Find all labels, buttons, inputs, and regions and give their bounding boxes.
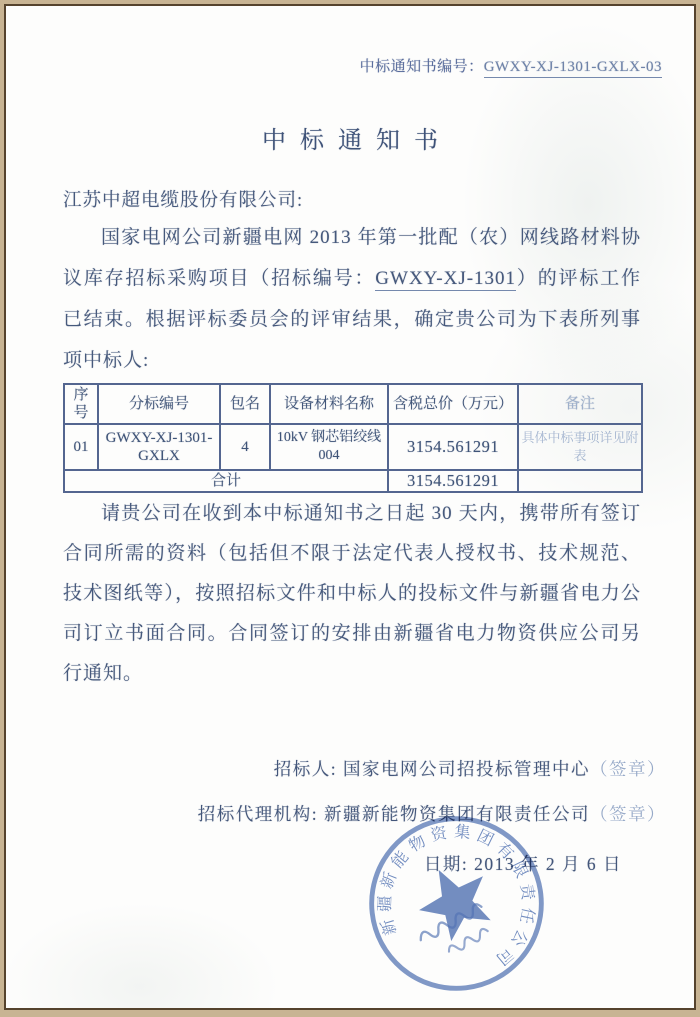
col-price: 含税总价（万元） [388, 384, 518, 424]
seal-company-text: 新疆新能物资集团有限责任公司 [359, 806, 554, 1001]
cell-package: 4 [220, 424, 270, 470]
addressee: 江苏中超电缆股份有限公司: [63, 186, 303, 212]
award-table: 序号 分标编号 包名 设备材料名称 含税总价（万元） 备注 01 GWXY-XJ… [63, 383, 643, 493]
date-value: 2013 年 2 月 6 日 [474, 854, 622, 874]
paragraph-instructions: 请贵公司在收到本中标通知书之日起 30 天内，携带所有签订合同所需的资料（包括但… [63, 494, 641, 694]
paragraph-project: 国家电网公司新疆电网 2013 年第一批配（农）网线路材料协议库存招标采购项目（… [63, 217, 641, 381]
doc-number-label: 中标通知书编号： [360, 59, 484, 75]
bidder-value: 国家电网公司招投标管理中心 [343, 759, 590, 779]
total-remark-empty [518, 470, 642, 492]
signature-bidder-line: 招标人: 国家电网公司招投标管理中心（签章） [274, 756, 666, 781]
table-row: 01 GWXY-XJ-1301-GXLX 4 10kV 钢芯铝绞线 004 31… [64, 424, 642, 470]
company-seal-stamp: 新疆新能物资集团有限责任公司 [359, 806, 554, 1001]
cell-remark: 具体中标事项详见附表 [518, 424, 642, 470]
agency-label: 招标代理机构: [198, 804, 324, 824]
col-lot-number: 分标编号 [98, 384, 220, 424]
col-seq: 序号 [64, 384, 98, 424]
cell-price: 3154.561291 [388, 424, 518, 470]
cell-seq: 01 [64, 424, 98, 470]
agency-value: 新疆新能物资集团有限责任公司 [324, 804, 590, 824]
table-total-row: 合计 3154.561291 [64, 470, 642, 492]
signature-agency-line: 招标代理机构: 新疆新能物资集团有限责任公司（签章） [198, 801, 666, 826]
date-label: 日期: [424, 854, 474, 874]
doc-number-value: GWXY-XJ-1301-GXLX-03 [484, 59, 662, 78]
col-package: 包名 [220, 384, 270, 424]
col-material: 设备材料名称 [270, 384, 388, 424]
cell-material: 10kV 钢芯铝绞线 004 [270, 424, 388, 470]
doc-number-line: 中标通知书编号：GWXY-XJ-1301-GXLX-03 [360, 55, 662, 76]
page-title: 中标通知书 [0, 120, 700, 155]
col-remark: 备注 [518, 384, 642, 424]
document-page: 中标通知书编号：GWXY-XJ-1301-GXLX-03 中标通知书 江苏中超电… [0, 0, 700, 1017]
bidder-label: 招标人: [274, 759, 343, 779]
svg-text:新疆新能物资集团有限责任公司: 新疆新能物资集团有限责任公司 [359, 806, 554, 1001]
total-label: 合计 [64, 470, 388, 492]
signature-date-line: 日期: 2013 年 2 月 6 日 [424, 851, 622, 876]
tender-number: GWXY-XJ-1301 [375, 268, 516, 291]
bidder-seal-note: （签章） [590, 759, 666, 779]
total-value: 3154.561291 [388, 470, 518, 492]
agency-seal-note: （签章） [590, 804, 666, 824]
table-header-row: 序号 分标编号 包名 设备材料名称 含税总价（万元） 备注 [64, 384, 642, 424]
cell-lot-number: GWXY-XJ-1301-GXLX [98, 424, 220, 470]
seal-uyghur-script [418, 902, 484, 944]
seal-uyghur-script-2 [447, 927, 490, 955]
seal-ring [359, 806, 554, 1001]
